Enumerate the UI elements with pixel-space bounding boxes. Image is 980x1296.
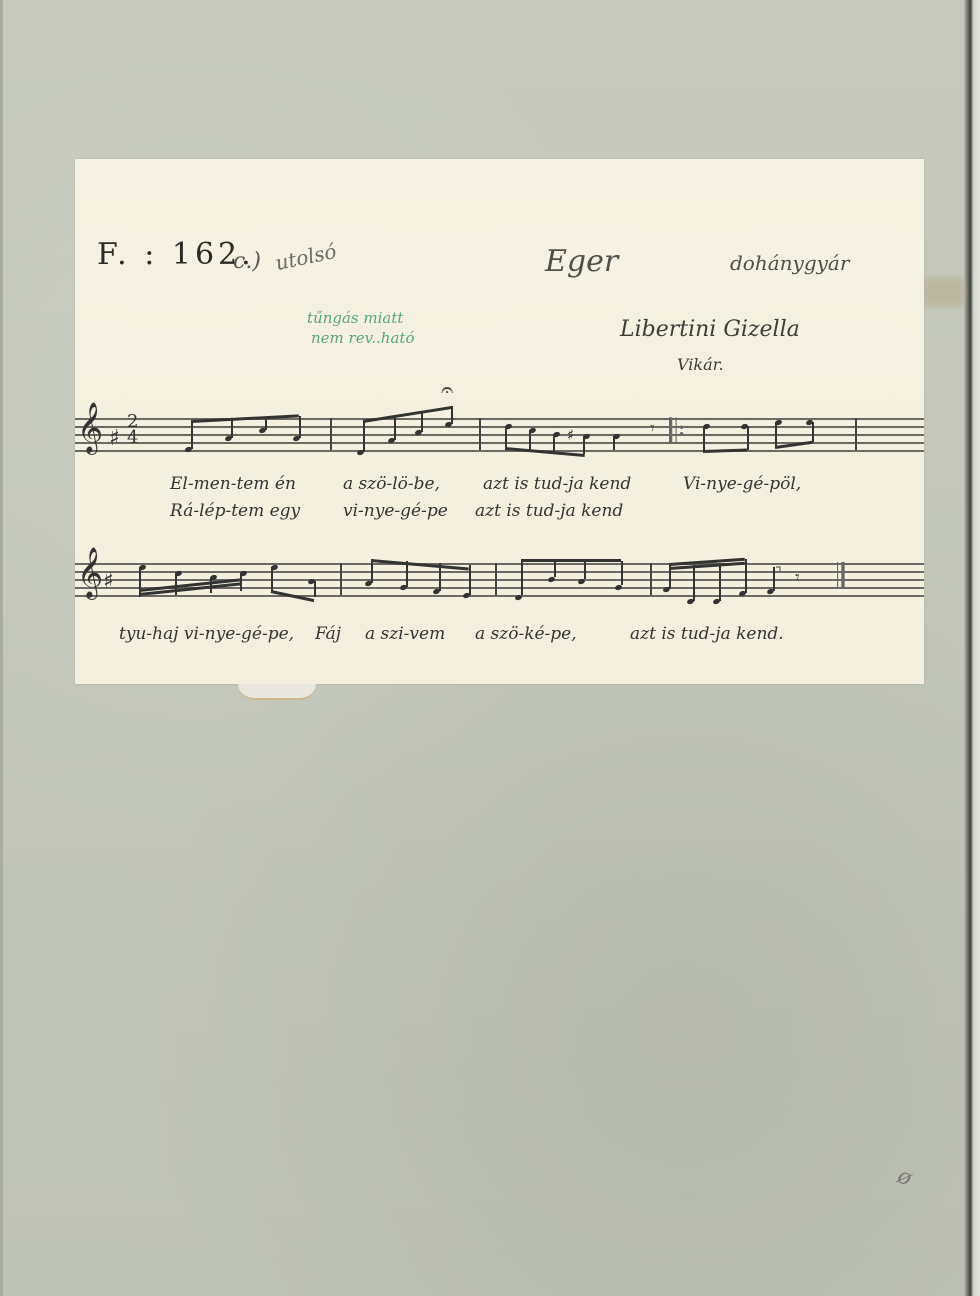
green-annotation-2: nem rev..ható — [311, 329, 414, 347]
manuscript-card: F. : 162. c.) utolsó Eger dohánygyár Lib… — [75, 159, 924, 684]
board-edge-right — [964, 0, 980, 1296]
paper-stain — [924, 278, 964, 306]
time-signature: 2 4 — [127, 414, 138, 446]
lyric-3-4: a szö-ké-pe, — [475, 624, 577, 644]
green-annotation-1: tűngás miatt — [307, 309, 403, 327]
lyric-3-3: a szi-vem — [365, 624, 445, 644]
sharp-icon-2: ♯ — [103, 569, 114, 594]
collector-name: Vikár. — [677, 355, 724, 374]
lyric-2-3: azt is tud-ja kend — [475, 501, 623, 521]
sharp-accidental-icon: ♯ — [567, 426, 574, 444]
lyric-1-2: a szö-lö-be, — [343, 474, 440, 494]
eighth-rest-icon: 𝄾 — [650, 418, 655, 439]
treble-clef-icon-2: 𝄞 — [77, 551, 103, 595]
board-edge-left — [0, 0, 3, 1296]
singer-name: Libertini Gizella — [620, 317, 800, 342]
lyric-3-1: tyu-haj vi-nye-gé-pe, — [119, 624, 294, 644]
fermata-icon: 𝄐 — [441, 378, 453, 403]
eighth-rest-icon-2: 𝄾 — [795, 567, 800, 588]
place-name: Eger — [545, 244, 618, 279]
place-detail: dohánygyár — [730, 251, 849, 275]
lyric-1-4: Vi-nye-gé-pöl, — [683, 474, 801, 494]
sharp-icon: ♯ — [109, 426, 120, 451]
paper-tear — [238, 684, 316, 700]
lyric-1-3: azt is tud-ja kend — [483, 474, 631, 494]
lyric-2-1: Rá-lép-tem egy — [170, 501, 300, 521]
treble-clef-icon: 𝄞 — [77, 406, 103, 450]
end-repeat-icon: 𝄂 — [837, 557, 845, 597]
repeat-sign-icon: 𝄆 — [669, 412, 686, 452]
lyric-1-1: El-men-tem én — [170, 474, 296, 494]
lyric-3-2: Fáj — [315, 624, 341, 644]
staff-1: 𝄞 ♯ 2 4 𝄐 ♯ 𝄾 𝄆 — [75, 418, 924, 452]
catalog-sub: c.) — [233, 249, 261, 274]
lyric-2-2: vi-nye-gé-pe — [343, 501, 448, 521]
page-mark: ø — [894, 1163, 915, 1191]
staff-2: 𝄞 ♯ ⌝ 𝄾 𝄂 — [75, 563, 924, 597]
pencil-note: utolsó — [273, 239, 338, 275]
lyric-3-5: azt is tud-ja kend. — [630, 624, 784, 644]
catalog-number: F. : 162. — [97, 237, 255, 272]
